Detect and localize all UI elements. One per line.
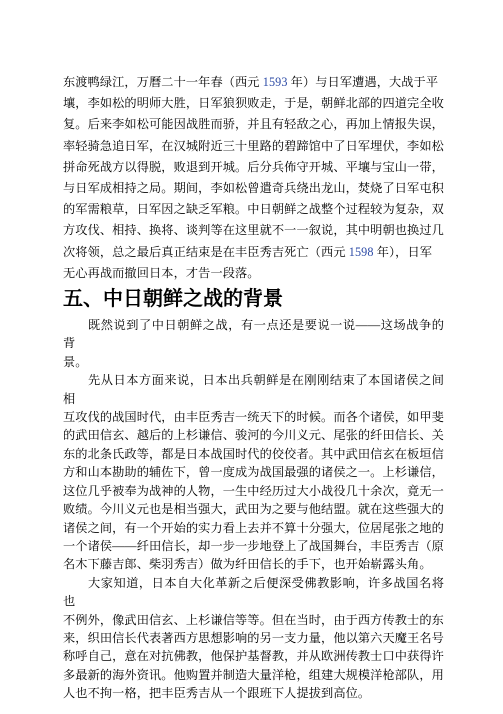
paragraph-nobunaga: 大家知道，日本自大化革新之后便深受佛教影响，许多战国名将也 不例外，像武田信玄、…	[63, 574, 444, 703]
paragraph-intro-background: 既然说到了中日朝鲜之战，有一点还是要说一说——这场战争的背 景。	[63, 316, 444, 371]
paragraph-japan-sengoku: 先从日本方面来说，日本出兵朝鲜是在刚刚结束了本国诸侯之间相 互攻伐的战国时代，由…	[63, 371, 444, 573]
year-1598: 1598	[349, 245, 374, 259]
year-1593: 1593	[263, 75, 288, 89]
document-page: 东渡鸭绿江，万曆二十一年春（西元 1593 年）与日军遭遇，大战于平 壤，李如松…	[0, 0, 503, 714]
section-heading-background: 五、中日朝鲜之战的背景	[63, 289, 444, 310]
paragraph-text-segment: 年）与日军遭遇，大战于平 壤，李如松的明师大胜，日军狼狈败走，于是，朝鲜北部的四…	[63, 75, 444, 259]
text-block: 东渡鸭绿江，万曆二十一年春（西元 1593 年）与日军遭遇，大战于平 壤，李如松…	[63, 0, 444, 703]
paragraph-text-segment: 东渡鸭绿江，万曆二十一年春（西元	[63, 75, 263, 89]
paragraph-war-course: 东渡鸭绿江，万曆二十一年春（西元 1593 年）与日军遭遇，大战于平 壤，李如松…	[63, 72, 444, 284]
